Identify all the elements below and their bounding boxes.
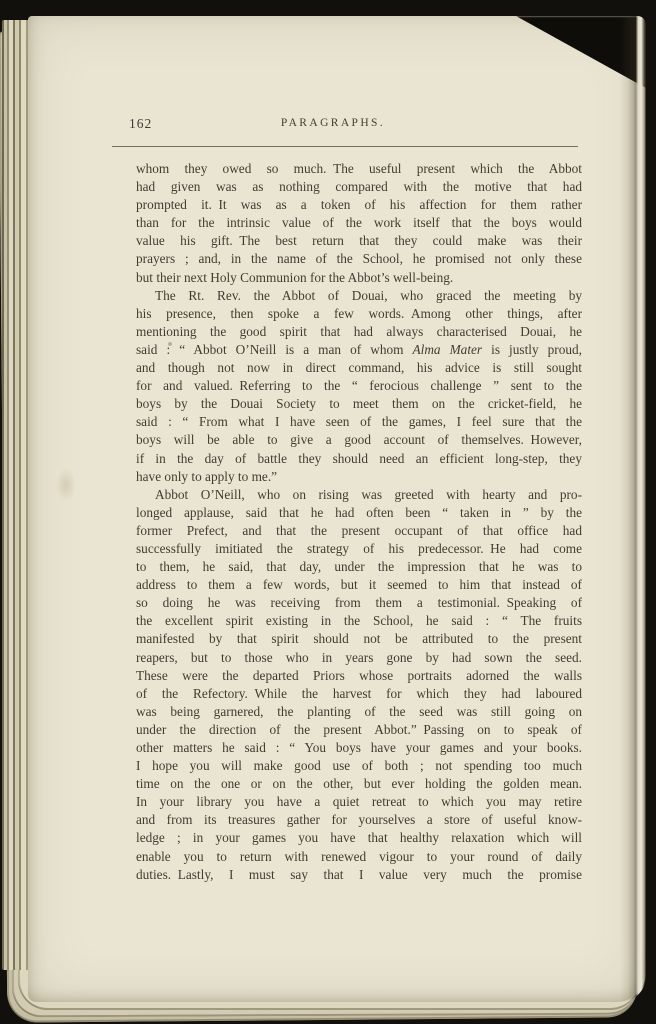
- text-line: than for the intrinsic value of the work…: [136, 214, 582, 232]
- text-line: so doing he was receiving from them a te…: [136, 594, 582, 612]
- text-line: but their next Holy Communion for the Ab…: [136, 269, 582, 287]
- text-line: In your library you have a quiet retreat…: [136, 793, 582, 811]
- text-line: enable you to return with renewed vigour…: [136, 848, 582, 866]
- running-title: PARAGRAPHS.: [100, 117, 566, 129]
- text-line: former Prefect, and that the present occ…: [136, 522, 582, 540]
- text-line: for and valued. Referring to the “ feroc…: [136, 377, 582, 395]
- text-line: These were the departed Priors whose por…: [136, 667, 582, 685]
- page-text: whom they owed so much. The useful prese…: [136, 160, 582, 884]
- text-line: mentioning the good spirit that had alwa…: [136, 323, 582, 341]
- text-segment: is justly proud,: [482, 342, 582, 357]
- text-line: successfully imitiated the strategy of h…: [136, 540, 582, 558]
- text-line: the excellent spirit existing in the Sch…: [136, 612, 582, 630]
- text-line: The Rt. Rev. the Abbot of Douai, who gra…: [136, 287, 582, 305]
- text-line: boys by the Douai Society to meet them o…: [136, 395, 582, 413]
- text-line: had given was as nothing compared with t…: [136, 178, 582, 196]
- text-line: to them, he said, that day, under the im…: [136, 558, 582, 576]
- text-line: and though not now in direct command, hi…: [136, 359, 582, 377]
- text-line: value his gift. The best return that the…: [136, 232, 582, 250]
- paper-stain: [56, 468, 76, 502]
- text-line: prayers ; and, in the name of the School…: [136, 250, 582, 268]
- text-line: of the Refectory. While the harvest for …: [136, 685, 582, 703]
- text-line: under the direction of the present Abbot…: [136, 721, 582, 739]
- text-line: I hope you will make good use of both ; …: [136, 757, 582, 775]
- text-line: have only to apply to me.”: [136, 468, 582, 486]
- text-line: if in the day of battle they should need…: [136, 450, 582, 468]
- italic-text: Alma Mater: [413, 342, 483, 357]
- text-line: duties. Lastly, I must say that I value …: [136, 866, 582, 884]
- text-segment: said : “ Abbot O’Neill is a man of whom: [136, 342, 413, 357]
- text-line: Abbot O’Neill, who on rising was greeted…: [136, 486, 582, 504]
- text-line: time on the one or on the other, but eve…: [136, 775, 582, 793]
- text-line: and from its treasures gather for yourse…: [136, 811, 582, 829]
- text-line: was being garnered, the planting of the …: [136, 703, 582, 721]
- gutter-crease: [620, 16, 646, 1002]
- page-header: 162 PARAGRAPHS.: [28, 116, 646, 136]
- text-line: said : “ From what I have seen of the ga…: [136, 413, 582, 431]
- text-line: whom they owed so much. The useful prese…: [136, 160, 582, 178]
- text-line: ledge ; in your games you have that heal…: [136, 829, 582, 847]
- text-line: boys will be able to give a good account…: [136, 431, 582, 449]
- text-line: address to them a few words, but it seem…: [136, 576, 582, 594]
- text-line: prompted it. It was as a token of his af…: [136, 196, 582, 214]
- text-line: his presence, then spoke a few words. Am…: [136, 305, 582, 323]
- text-line: said : “ Abbot O’Neill is a man of whom …: [136, 341, 582, 359]
- text-line: longed applause, said that he had often …: [136, 504, 582, 522]
- header-rule: [112, 146, 578, 147]
- book-page: 162 PARAGRAPHS. whom they owed so much. …: [28, 16, 646, 1002]
- text-line: reapers, but to those who in years gone …: [136, 649, 582, 667]
- text-line: manifested by that spirit should not be …: [136, 630, 582, 648]
- text-line: other matters he said : “ You boys have …: [136, 739, 582, 757]
- book-photo: 162 PARAGRAPHS. whom they owed so much. …: [0, 0, 656, 1024]
